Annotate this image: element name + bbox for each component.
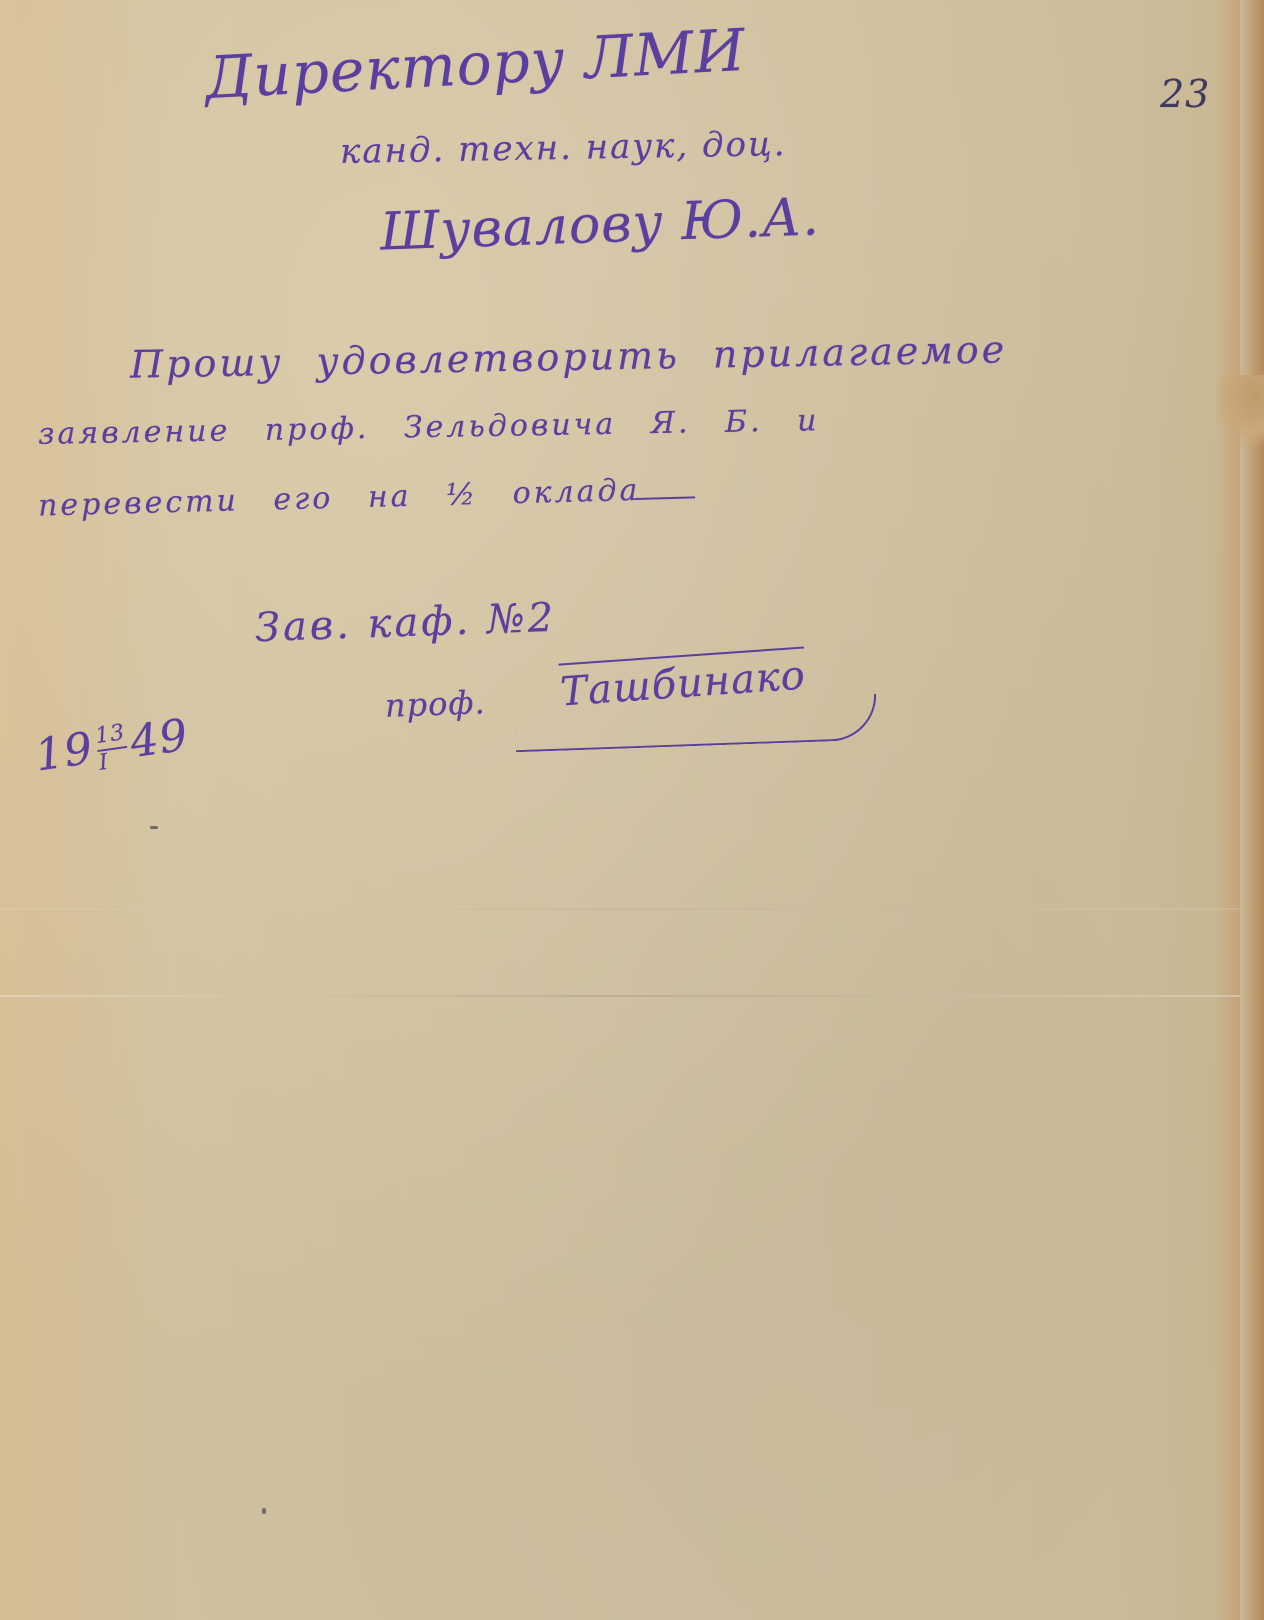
body-line-2: заявление проф. Зельдовича Я. Б. и	[38, 403, 820, 452]
date-year-prefix: 19	[32, 723, 97, 782]
body-line-1: Прошу удовлетворить прилагаемое	[130, 327, 1008, 386]
signatory-role: Зав. каф. №2	[254, 595, 557, 651]
body-line-3: перевести его на ½ оклада	[38, 471, 695, 523]
paper-speck	[150, 826, 158, 829]
signatory-title: проф.	[384, 683, 486, 724]
paper-tear	[1216, 375, 1264, 445]
date-day-month: 13I	[94, 721, 131, 775]
addressee-line-2: канд. техн. наук, доц.	[340, 124, 787, 172]
addressee-line-1: Директору ЛМИ	[204, 16, 748, 112]
date-month: I	[98, 747, 131, 775]
document-page: 23 Директору ЛМИ канд. техн. наук, доц. …	[0, 0, 1264, 1620]
body-line-3-text: перевести его на ½ оклада	[38, 473, 641, 524]
date: 1913I49	[32, 710, 192, 785]
paper-speck	[262, 1508, 266, 1514]
date-year-suffix: 49	[127, 710, 192, 769]
underline-stroke	[635, 496, 695, 500]
page-number: 23	[1160, 72, 1210, 116]
horizontal-fold	[0, 995, 1240, 997]
addressee-line-3: Шувалову Ю.А.	[379, 187, 820, 262]
page-right-edge	[1240, 0, 1264, 1620]
faint-fold	[0, 908, 1240, 910]
